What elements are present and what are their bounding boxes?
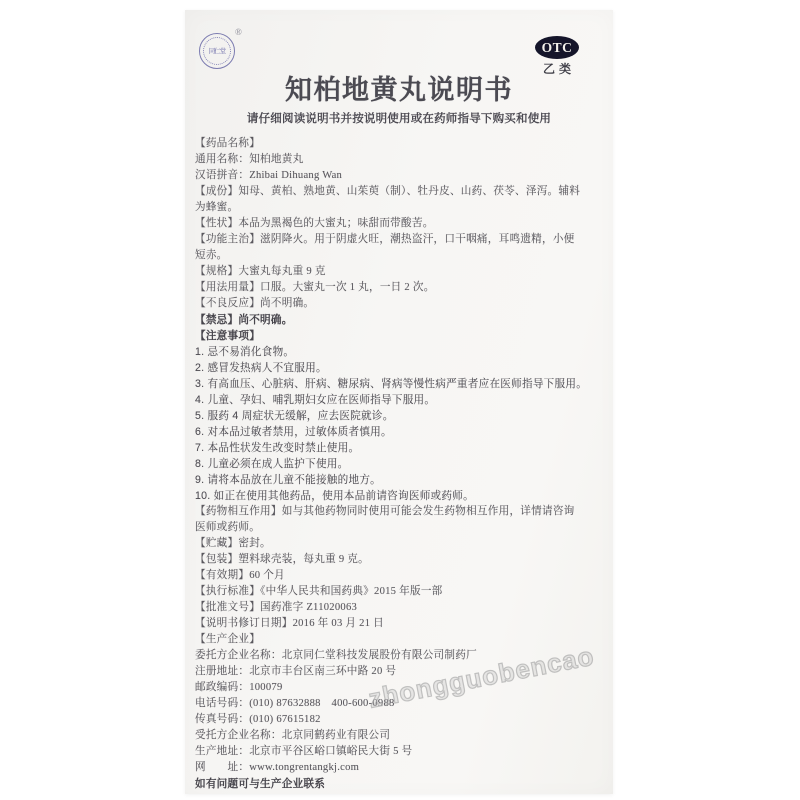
leaflet-line: 8. 儿童必须在成人监护下使用。 [195,456,605,472]
leaflet-line: 7. 本品性状发生改变时禁止使用。 [195,440,605,456]
leaflet-line: 3. 有高血压、心脏病、肝病、糖尿病、肾病等慢性病严重者应在医师指导下服用。 [195,376,605,392]
leaflet-line: 6. 对本品过敏者禁用，过敏体质者慎用。 [195,424,605,440]
leaflet-line: 4. 儿童、孕妇、哺乳期妇女应在医师指导下服用。 [195,392,605,408]
leaflet-line: 【不良反应】尚不明确。 [195,296,605,312]
leaflet-line: 10. 如正在使用其他药品，使用本品前请咨询医师或药师。 [195,488,605,504]
leaflet-line: 5. 服药 4 周症状无缓解，应去医院就诊。 [195,408,605,424]
leaflet-line: 【性状】本品为黑褐色的大蜜丸；味甜而带酸苦。 [195,216,605,232]
leaflet-line: 2. 感冒发热病人不宜服用。 [195,360,605,376]
leaflet-line: 网 址：www.tongrentangkj.com [195,760,605,776]
leaflet-line: 传真号码：(010) 67615182 [195,712,605,728]
leaflet-line: 【包装】塑料球壳装，每丸重 9 克。 [195,552,605,568]
leaflet-line: 【药物相互作用】如与其他药物同时使用可能会发生药物相互作用，详情请咨询 [195,504,605,520]
leaflet-line: 【注意事项】 [195,328,605,344]
seal-text: 同仁堂 [209,47,225,56]
otc-badge: OTC [535,36,579,59]
leaflet-line: 医师或药师。 [195,520,605,536]
seal-inner-ring: 同仁堂 [203,37,231,65]
leaflet-line: 【批准文号】国药准字 Z11020063 [195,600,605,616]
leaflet-line: 【成份】知母、黄柏、熟地黄、山茱萸（制）、牡丹皮、山药、茯苓、泽泻。辅料 [195,184,605,200]
leaflet-line: 1. 忌不易消化食物。 [195,344,605,360]
leaflet-line: 汉语拼音：Zhibai Dihuang Wan [195,168,605,184]
leaflet-line: 【说明书修订日期】2016 年 03 月 21 日 [195,616,605,632]
leaflet-line: 9. 请将本品放在儿童不能接触的地方。 [195,472,605,488]
leaflet-paper: 同仁堂 ® OTC 乙类 知柏地黄丸说明书 请仔细阅读说明书并按说明使用或在药师… [185,10,613,794]
leaflet-line: 【功能主治】滋阴降火。用于阴虚火旺，潮热盗汗，口干咽痛，耳鸣遗精，小便 [195,232,605,248]
registered-trademark-mark: ® [235,27,242,37]
leaflet-title: 知柏地黄丸说明书 [185,68,613,107]
leaflet-line: 【药品名称】 [195,136,605,152]
tongrentang-seal-logo: 同仁堂 [199,33,235,69]
leaflet-line: 注册地址：北京市丰台区南三环中路 20 号 [195,664,605,680]
leaflet-line: 【执行标准】《中华人民共和国药典》2015 年版一部 [195,584,605,600]
leaflet-line: 为蜂蜜。 [195,200,605,216]
leaflet-line: 【用法用量】口服。大蜜丸一次 1 丸，一日 2 次。 [195,280,605,296]
leaflet-photo: 同仁堂 ® OTC 乙类 知柏地黄丸说明书 请仔细阅读说明书并按说明使用或在药师… [0,0,800,800]
leaflet-line: 电话号码：(010) 87632888 400-600-0988 [195,696,605,712]
leaflet-line: 【有效期】60 个月 [195,568,605,584]
leaflet-line: 【贮藏】密封。 [195,536,605,552]
leaflet-body: 【药品名称】通用名称：知柏地黄丸汉语拼音：Zhibai Dihuang Wan【… [195,136,605,792]
leaflet-line: 生产地址：北京市平谷区峪口镇峪民大街 5 号 [195,744,605,760]
leaflet-line: 受托方企业名称：北京同鹤药业有限公司 [195,728,605,744]
leaflet-line: 通用名称：知柏地黄丸 [195,152,605,168]
leaflet-line: 如有问题可与生产企业联系 [195,776,605,792]
leaflet-line: 【生产企业】 [195,632,605,648]
leaflet-subtitle: 请仔细阅读说明书并按说明使用或在药师指导下购买和使用 [185,110,613,126]
leaflet-line: 【规格】大蜜丸每丸重 9 克 [195,264,605,280]
leaflet-line: 【禁忌】尚不明确。 [195,312,605,328]
leaflet-line: 委托方企业名称：北京同仁堂科技发展股份有限公司制药厂 [195,648,605,664]
leaflet-line: 短赤。 [195,248,605,264]
leaflet-line: 邮政编码：100079 [195,680,605,696]
